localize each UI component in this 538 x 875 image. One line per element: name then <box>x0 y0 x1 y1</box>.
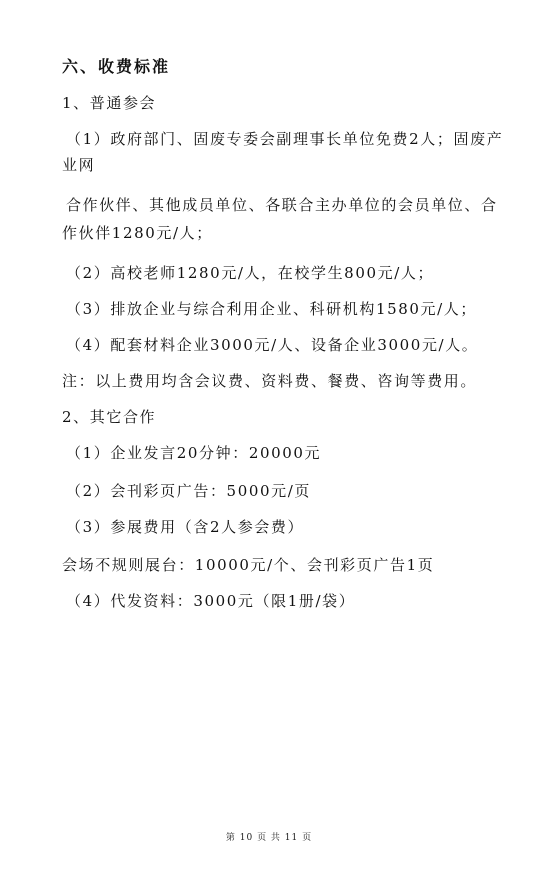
coop-item-4: （4）代发资料：3000元（限1册/袋） <box>66 590 355 611</box>
coop-item-2: （2）会刊彩页广告：5000元/页 <box>66 480 311 501</box>
section-title: 六、收费标准 <box>62 54 170 77</box>
coop-item-3-detail: 会场不规则展台：10000元/个、会刊彩页广告1页 <box>62 554 434 575</box>
page-number-footer: 第 10 页 共 11 页 <box>0 830 538 843</box>
fee-item-1-line4: 作伙伴1280元/人； <box>62 222 213 243</box>
coop-item-3: （3）参展费用（含2人参会费） <box>66 516 304 537</box>
fee-item-1-line2: 业网 <box>62 154 95 175</box>
fee-note: 注：以上费用均含会议费、资料费、餐费、咨询等费用。 <box>62 370 477 391</box>
fee-item-1-line3: 合作伙伴、其他成员单位、各联合主办单位的会员单位、合 <box>66 194 498 215</box>
fee-item-2: （2）高校老师1280元/人，在校学生800元/人； <box>66 262 434 283</box>
fee-item-4: （4）配套材料企业3000元/人、设备企业3000元/人。 <box>66 334 478 355</box>
fee-item-1-line1: （1）政府部门、固废专委会副理事长单位免费2人；固废产 <box>66 128 503 149</box>
coop-item-1: （1）企业发言20分钟：20000元 <box>66 442 321 463</box>
subsection-title-2: 2、其它合作 <box>62 406 156 427</box>
subsection-title-1: 1、普通参会 <box>62 92 156 113</box>
fee-item-3: （3）排放企业与综合利用企业、科研机构1580元/人； <box>66 298 477 319</box>
